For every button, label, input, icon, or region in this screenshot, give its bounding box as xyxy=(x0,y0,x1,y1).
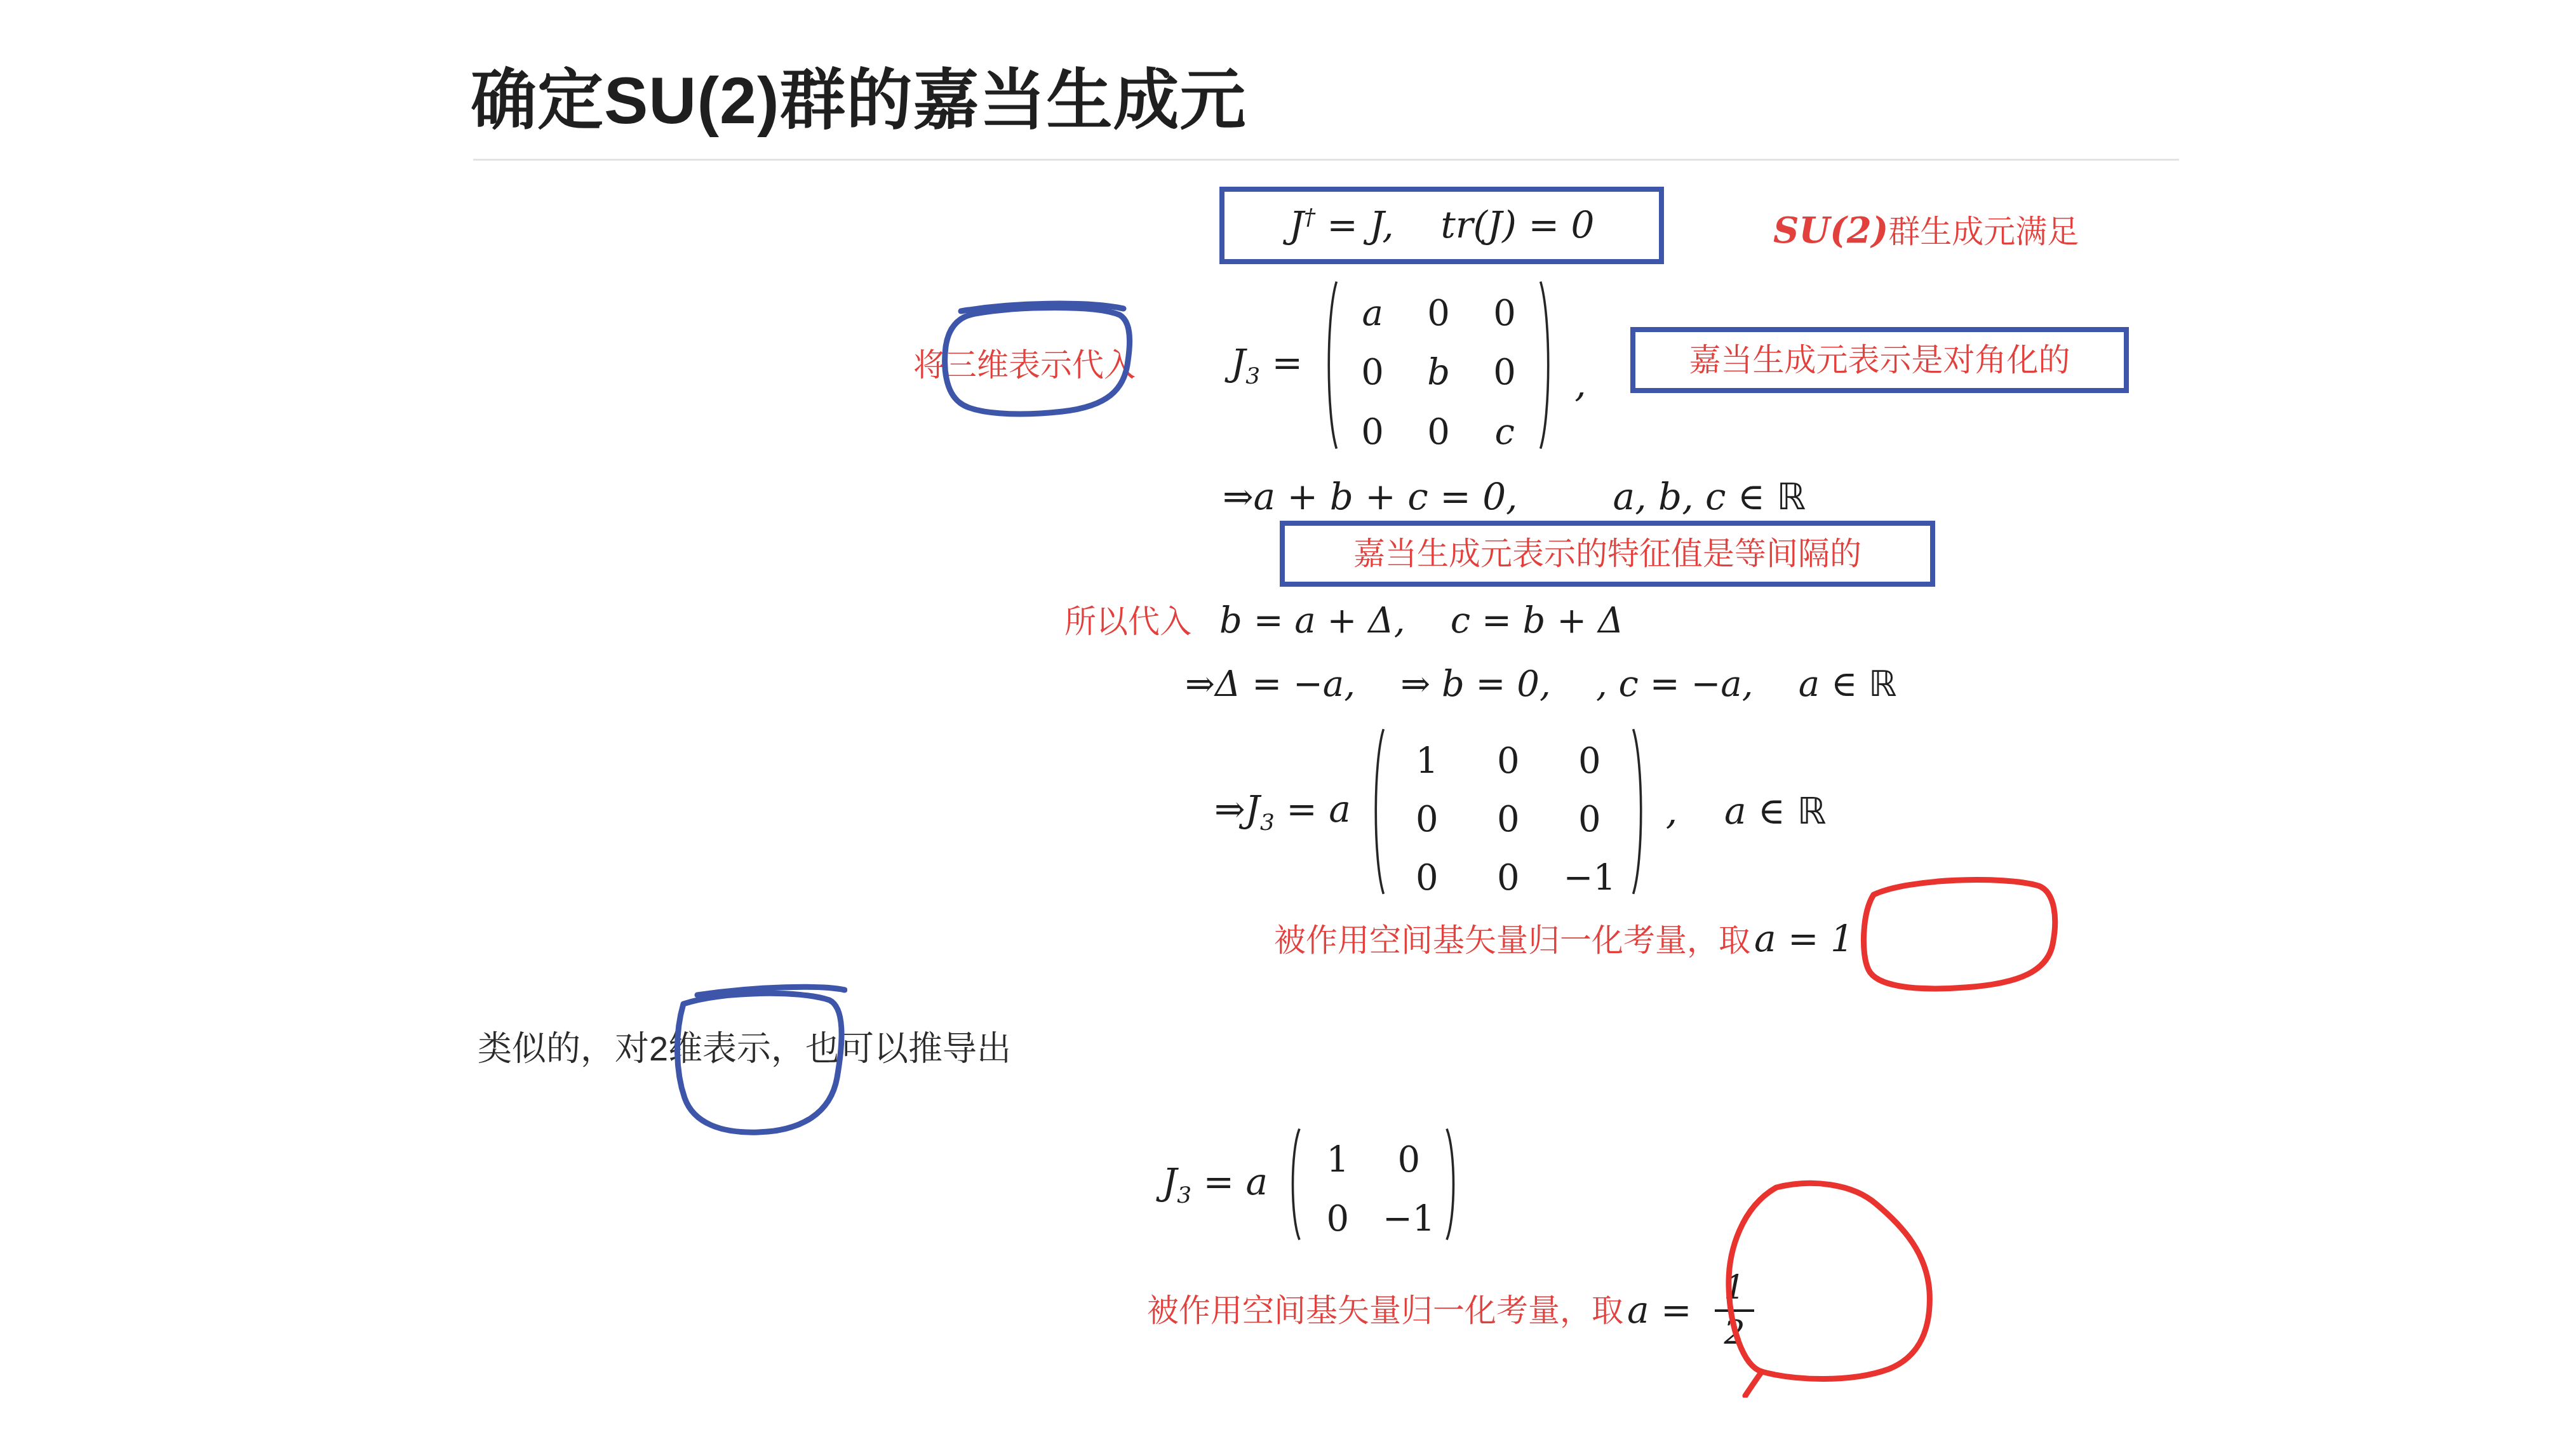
matrix-cell: 0 xyxy=(1386,848,1468,907)
subscript-3: 3 xyxy=(1177,1182,1191,1208)
matrix-cell: 1 xyxy=(1386,732,1468,790)
a-equals-1: a = 1 xyxy=(1754,917,1854,961)
normalization-3d-text: 被作用空间基矢量归一化考量，取 xyxy=(1274,922,1750,959)
j: J xyxy=(1162,1160,1177,1203)
comma: , xyxy=(1574,362,1586,406)
equation-j3-result: ⇒J3 = a 1 0 0 0 0 0 0 0 −1 , a ∈ ℝ xyxy=(1214,724,1826,899)
matrix-cell: a xyxy=(1339,284,1405,343)
matrix-diag3: 1 0 0 0 0 0 0 0 −1 xyxy=(1367,724,1649,899)
formula-hermitian-traceless: J† = J, tr(J) = 0 xyxy=(1289,203,1595,248)
equation-j3-abc: J3 = a 0 0 0 b 0 0 0 c , xyxy=(1231,276,1587,454)
highlight-box-equal-spacing: 嘉当生成元表示的特征值是等间隔的 xyxy=(1280,521,1935,587)
matrix-cell: 0 xyxy=(1549,790,1630,848)
matrix-cell: 0 xyxy=(1386,790,1468,848)
matrix-cell: 0 xyxy=(1549,732,1630,790)
matrix-abc: a 0 0 0 b 0 0 0 c xyxy=(1320,276,1557,454)
subscript-3: 3 xyxy=(1245,363,1260,389)
paren-right-icon xyxy=(1444,1125,1461,1243)
fraction-one-half: 1 2 xyxy=(1715,1271,1754,1350)
equation-j3-2d: J3 = a 1 0 0 −1 xyxy=(1162,1125,1461,1243)
paren-right-icon xyxy=(1630,724,1649,899)
notes-page: 确定SU(2)群的嘉当生成元 J† = J, tr(J) = 0 SU(2) 群… xyxy=(0,0,2576,1437)
normalization-2d-text: 被作用空间基矢量归一化考量，取 xyxy=(1147,1292,1623,1330)
j3-2d-lhs: J3 = a xyxy=(1162,1160,1268,1209)
j: J xyxy=(1231,341,1245,384)
matrix-cell: 0 xyxy=(1373,1130,1444,1189)
j3-result-domain: , a ∈ ℝ xyxy=(1666,789,1827,834)
j3-result-lhs: ⇒J3 = a xyxy=(1214,787,1351,836)
trace-domain: a, b, c ∈ ℝ xyxy=(1613,475,1806,519)
implies-arrow: ⇒ xyxy=(1214,787,1245,831)
note-normalization-2d: 被作用空间基矢量归一化考量，取 a = 1 2 xyxy=(1147,1260,1754,1361)
dagger-superscript: † xyxy=(1304,204,1315,231)
trace-lhs: ⇒a + b + c = 0, xyxy=(1223,475,1518,519)
paren-left-icon xyxy=(1285,1125,1302,1243)
matrix-cell: 0 xyxy=(1472,343,1538,402)
matrix-cell: 0 xyxy=(1302,1189,1373,1248)
su2-symbol: SU(2) xyxy=(1773,210,1888,252)
delta-relations: b = a + Δ, c = b + Δ xyxy=(1219,599,1623,642)
equal-spacing-text: 嘉当生成元表示的特征值是等间隔的 xyxy=(1353,535,1862,573)
fraction-bar xyxy=(1715,1309,1754,1312)
paren-left-icon xyxy=(1320,276,1339,454)
diagonal-note-text: 嘉当生成元表示是对角化的 xyxy=(1689,342,2070,379)
matrix-cell: c xyxy=(1472,403,1538,462)
equals-a: = a xyxy=(1191,1160,1268,1203)
subscript-3: 3 xyxy=(1260,809,1275,835)
note-su2-condition: SU(2) 群生成元满足 xyxy=(1773,210,2079,252)
j: J xyxy=(1245,787,1260,831)
matrix-cell: 0 xyxy=(1405,403,1472,462)
equation-delta-solution: ⇒Δ = −a, ⇒ b = 0, , c = −a, a ∈ ℝ xyxy=(1185,663,1897,705)
title-divider xyxy=(473,159,2179,161)
paren-right-icon xyxy=(1538,276,1557,454)
highlight-box-diagonal: 嘉当生成元表示是对角化的 xyxy=(1630,327,2129,393)
paren-left-icon xyxy=(1367,724,1386,899)
highlight-box-hermitian-traceless: J† = J, tr(J) = 0 xyxy=(1219,187,1664,264)
fraction-numerator: 1 xyxy=(1724,1271,1745,1306)
matrix-cell: b xyxy=(1405,343,1472,402)
note-normalization-3d: 被作用空间基矢量归一化考量，取 a = 1 xyxy=(1274,917,1854,961)
matrix-cell: 0 xyxy=(1468,732,1549,790)
matrix-cell: −1 xyxy=(1549,848,1630,907)
matrix-cell: 0 xyxy=(1339,343,1405,402)
page-title: 确定SU(2)群的嘉当生成元 xyxy=(471,58,1247,144)
a-equals: a = xyxy=(1627,1288,1703,1333)
note-so-substitute: 所以代入 xyxy=(1064,603,1191,641)
formula-rest: = J, tr(J) = 0 xyxy=(1315,203,1594,246)
j3-lhs: J3 = xyxy=(1231,341,1303,390)
equation-delta-substitution: 所以代入 b = a + Δ, c = b + Δ xyxy=(1064,599,1623,642)
matrix-cell: 1 xyxy=(1302,1130,1373,1189)
equation-trace-zero: ⇒a + b + c = 0, a, b, c ∈ ℝ xyxy=(1223,475,1806,519)
red-circle-a-equals-1 xyxy=(1849,873,2062,997)
matrix-abc-cells: a 0 0 0 b 0 0 0 c xyxy=(1339,276,1538,469)
matrix-cell: −1 xyxy=(1373,1189,1444,1248)
matrix-diag3-cells: 1 0 0 0 0 0 0 0 −1 xyxy=(1386,724,1630,914)
formula-j: J xyxy=(1289,203,1304,246)
matrix-cell: 0 xyxy=(1339,403,1405,462)
equals: = xyxy=(1260,341,1303,384)
matrix-cell: 0 xyxy=(1405,284,1472,343)
matrix-cell: 0 xyxy=(1472,284,1538,343)
fraction-denominator: 2 xyxy=(1724,1316,1745,1351)
matrix-diag2-cells: 1 0 0 −1 xyxy=(1302,1125,1444,1253)
matrix-cell: 0 xyxy=(1468,790,1549,848)
similar-derivation-line: 类似的，对2维表示，也可以推导出 xyxy=(478,1029,1011,1070)
matrix-diag2: 1 0 0 −1 xyxy=(1285,1125,1461,1243)
equals-a: = a xyxy=(1275,787,1351,831)
matrix-cell: 0 xyxy=(1468,848,1549,907)
su2-note-text: 群生成元满足 xyxy=(1888,213,2079,251)
note-substitute-3d: 将三维表示代入 xyxy=(913,347,1136,384)
